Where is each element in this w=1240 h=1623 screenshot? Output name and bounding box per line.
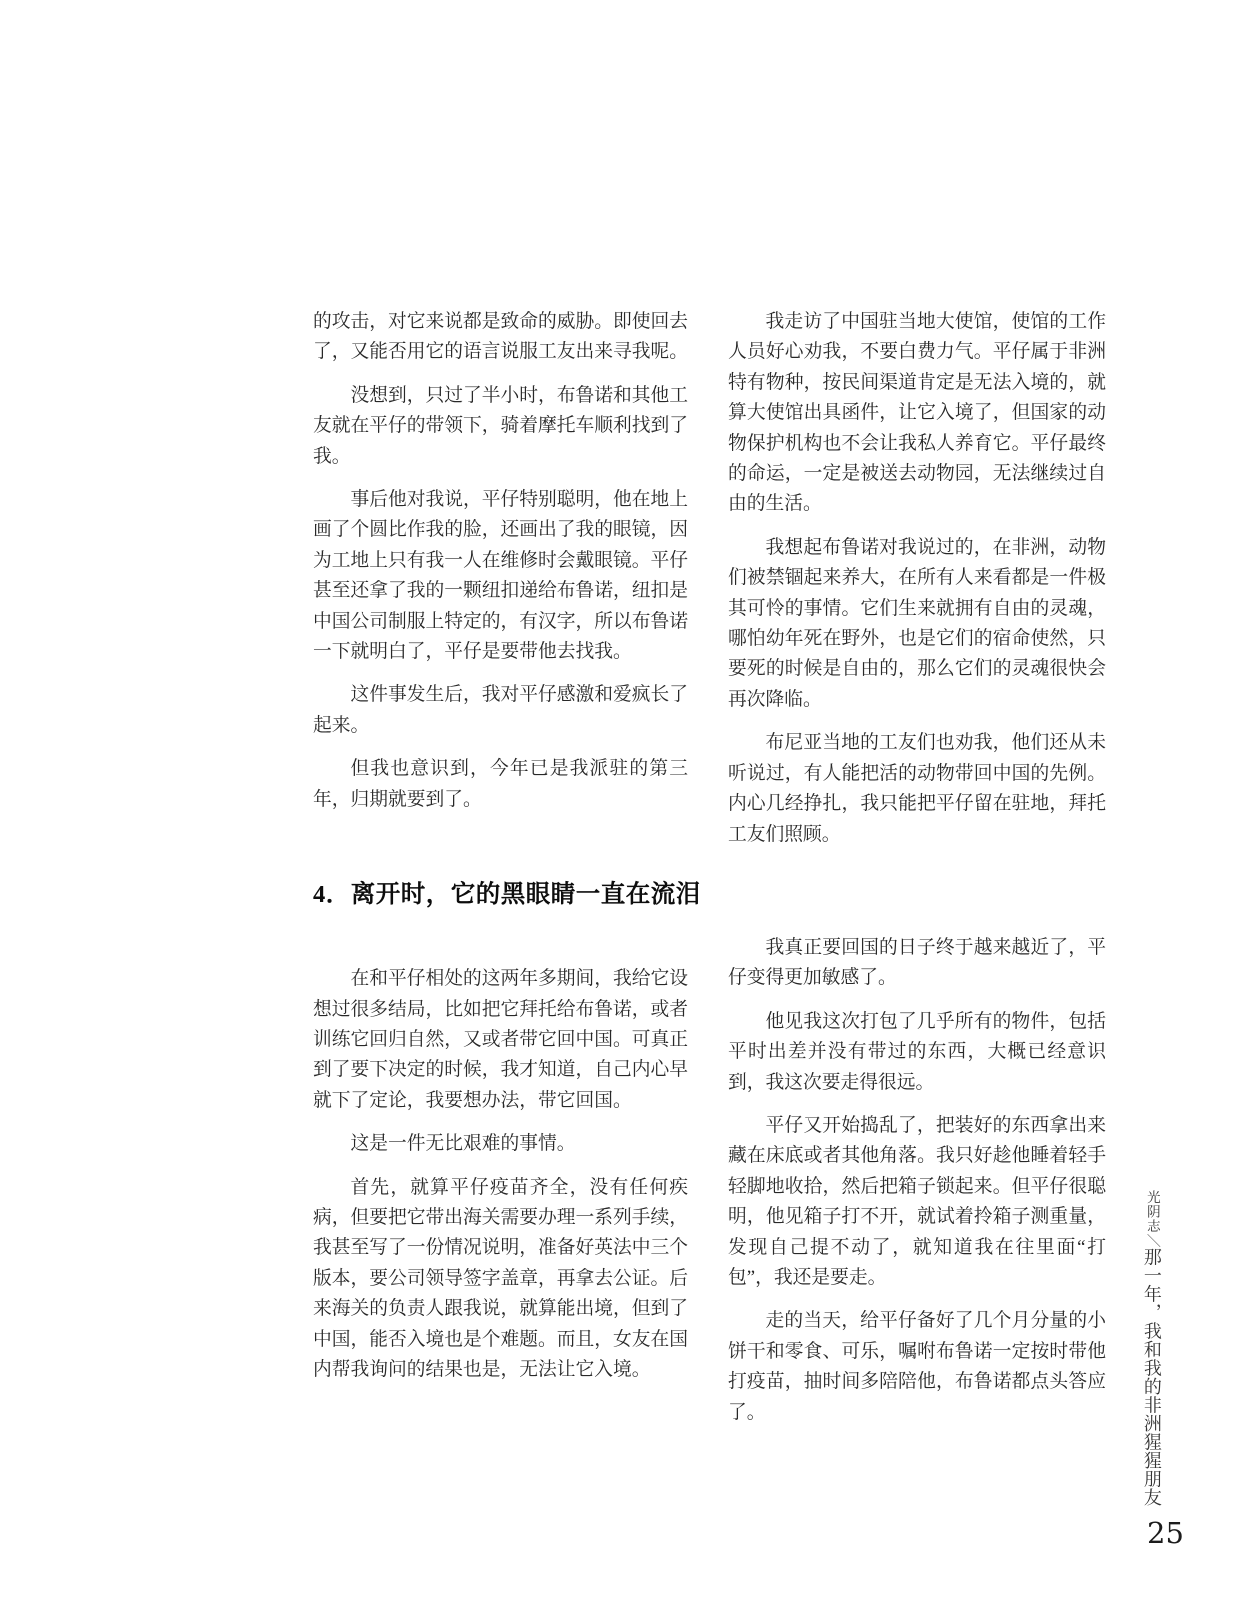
magazine-title: 光阴志 [1145,1190,1160,1234]
sidebar-article-info: 光阴志＼那一年，我和我的非洲猩猩朋友 [1142,1190,1161,1507]
paragraph: 首先，就算平仔疫苗齐全，没有任何疾病，但要把它带出海关需要办理一系列手续，我甚至… [313,1173,688,1386]
section-heading: 4．离开时，它的黑眼睛一直在流泪 [313,875,688,910]
paragraph: 平仔又开始捣乱了，把装好的东西拿出来藏在床底或者其他角落。我只好趁他睡着轻手轻脚… [728,1111,1106,1293]
paragraph: 这是一件无比艰难的事情。 [313,1129,688,1159]
paragraph: 走的当天，给平仔备好了几个月分量的小饼干和零食、可乐，嘱咐布鲁诺一定按时带他打疫… [728,1306,1106,1428]
paragraph: 在和平仔相处的这两年多期间，我给它设想过很多结局，比如把它拜托给布鲁诺，或者训练… [313,964,688,1116]
paragraph: 我想起布鲁诺对我说过的，在非洲，动物们被禁锢起来养大，在所有人来看都是一件极其可… [728,533,1106,715]
paragraph: 事后他对我说，平仔特别聪明，他在地上画了个圆比作我的脸，还画出了我的眼镜，因为工… [313,485,688,667]
slash-separator: ＼ [1145,1234,1160,1248]
paragraph: 我真正要回国的日子终于越来越近了，平仔变得更加敏感了。 [728,933,1106,994]
paragraph: 没想到，只过了半小时，布鲁诺和其他工友就在平仔的带领下，骑着摩托车顺利找到了我。 [313,381,688,472]
paragraph: 但我也意识到，今年已是我派驻的第三年，归期就要到了。 [313,754,688,815]
paragraph: 我走访了中国驻当地大使馆，使馆的工作人员好心劝我，不要白费力气。平仔属于非洲特有… [728,307,1106,520]
section-break-spacer [728,863,1106,933]
paragraph: 的攻击，对它来说都是致命的威胁。即使回去了，又能否用它的语言说服工友出来寻我呢。 [313,307,688,368]
paragraph: 这件事发生后，我对平仔感激和爱疯长了起来。 [313,680,688,741]
left-column: 的攻击，对它来说都是致命的威胁。即使回去了，又能否用它的语言说服工友出来寻我呢。… [313,307,688,1398]
sidebar-article-title: 那一年，我和我的非洲猩猩朋友 [1142,1248,1162,1507]
page-number: 25 [1147,1516,1184,1550]
paragraph: 布尼亚当地的工友们也劝我，他们还从未听说过，有人能把活的动物带回中国的先例。内心… [728,728,1106,850]
right-column: 我走访了中国驻当地大使馆，使馆的工作人员好心劝我，不要白费力气。平仔属于非洲特有… [728,307,1106,1441]
paragraph: 他见我这次打包了几乎所有的物件，包括平时出差并没有带过的东西，大概已经意识到，我… [728,1007,1106,1098]
